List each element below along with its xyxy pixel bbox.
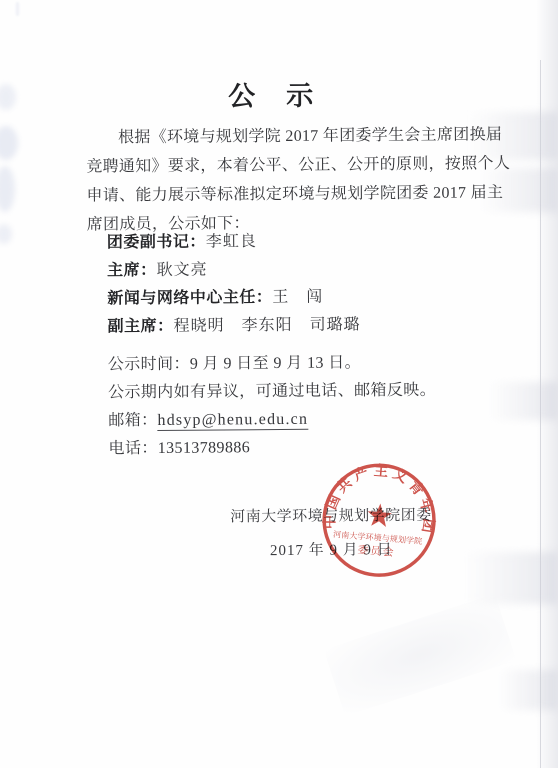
position-label: 团委副书记： (107, 234, 206, 252)
appointee-names: 程晓明 李东阳 司璐璐 (173, 316, 360, 334)
email-address: hdsyp@henu.edu.cn (157, 411, 308, 431)
paragraph-line: 根据《环境与规划学院 2017 年团委学生会主席团换届 (86, 120, 510, 152)
notice-period: 公示时间：9 月 9 日至 9 月 13 日。 (108, 349, 436, 380)
position-label: 主席： (107, 262, 157, 279)
paragraph-line: 竞聘通知》要求，本着公平、公正、公开的原则，按照个人 (86, 149, 510, 181)
appointment-list: 团委副书记：李虹良 主席：耿文亮 新闻与网络中心主任：王 闯 副主席：程晓明 李… (107, 227, 361, 341)
signature-block: 河南大学环境与规划学院团委 2017 年 9 月 9 日 (186, 503, 476, 560)
appointee-names: 李虹良 (206, 233, 257, 250)
position-label: 新闻与网络中心主任： (107, 289, 272, 307)
phone-line: 电话：13513789886 (108, 433, 436, 464)
document-page: 公 示 根据《环境与规划学院 2017 年团委学生会主席团换届 竞聘通知》要求，… (0, 0, 558, 768)
intro-paragraph: 根据《环境与规划学院 2017 年团委学生会主席团换届 竞聘通知》要求，本着公平… (86, 120, 511, 239)
appointment-row: 团委副书记：李虹良 (107, 227, 360, 257)
phone-label: 电话： (108, 440, 157, 457)
appointment-row: 副主席：程晓明 李东阳 司璐璐 (107, 311, 360, 341)
position-label: 副主席： (107, 318, 173, 336)
notice-feedback: 公示期内如有异议，可通过电话、邮箱反映。 (108, 377, 436, 408)
page-title: 公 示 (0, 72, 546, 115)
signature-date: 2017 年 9 月 9 日 (186, 537, 476, 560)
notice-block: 公示时间：9 月 9 日至 9 月 13 日。 公示期内如有异议，可通过电话、邮… (108, 349, 437, 464)
appointee-names: 王 闯 (272, 289, 323, 306)
signature-organization: 河南大学环境与规划学院团委 (186, 503, 476, 526)
appointment-row: 主席：耿文亮 (107, 255, 360, 285)
email-line: 邮箱：hdsyp@henu.edu.cn (108, 405, 436, 436)
paragraph-line: 申请、能力展示等标准拟定环境与规划学院团委 2017 届主 (86, 178, 510, 210)
phone-number: 13513789886 (158, 439, 251, 457)
appointee-names: 耿文亮 (157, 262, 208, 279)
document-content: 公 示 根据《环境与规划学院 2017 年团委学生会主席团换届 竞聘通知》要求，… (0, 0, 558, 768)
appointment-row: 新闻与网络中心主任：王 闯 (107, 283, 360, 313)
email-label: 邮箱： (108, 412, 157, 429)
